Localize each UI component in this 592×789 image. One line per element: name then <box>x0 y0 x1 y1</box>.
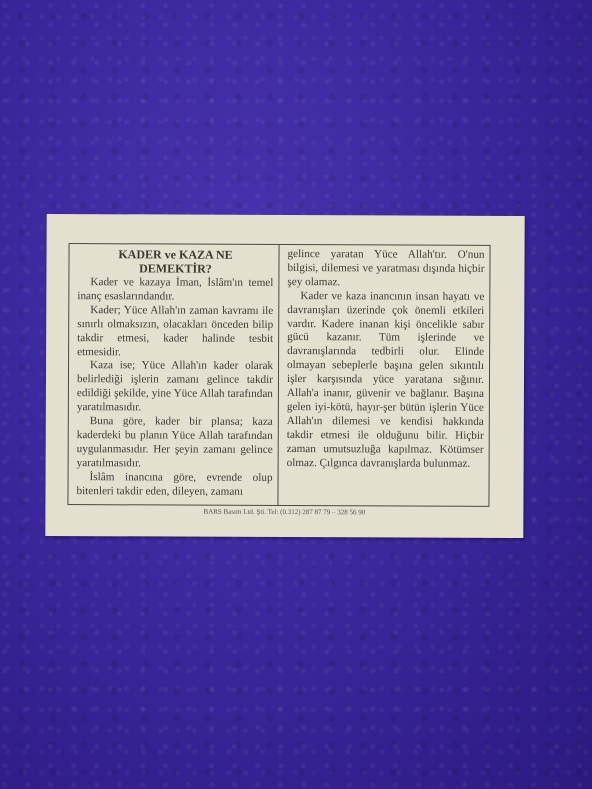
title-line-2: DEMEKTİR? <box>77 261 273 276</box>
paragraph: Kaza ise; Yüce Allah'ın kader olarak bel… <box>77 360 273 416</box>
article-title: KADER ve KAZA NE DEMEKTİR? <box>77 247 273 276</box>
paragraph: Kader ve kazaya İman, İslâm'ın temel ina… <box>77 276 273 305</box>
right-column: gelince yaratan Yüce Allah'tır. O'nun bi… <box>278 245 489 506</box>
printer-footer: BARS Basım Ltd. Şti. Tel: (0.312) 287 87… <box>45 507 523 517</box>
article-frame: KADER ve KAZA NE DEMEKTİR? Kader ve kaza… <box>67 243 490 507</box>
paragraph-continuation: gelince yaratan Yüce Allah'tır. O'nun bi… <box>287 248 484 291</box>
printed-card: KADER ve KAZA NE DEMEKTİR? Kader ve kaza… <box>45 214 524 538</box>
paragraph: Kader ve kaza inancının insan hayatı ve … <box>287 290 485 472</box>
paragraph: İslâm inancına göre, evrende olup bitenl… <box>76 471 272 500</box>
left-column: KADER ve KAZA NE DEMEKTİR? Kader ve kaza… <box>68 244 279 505</box>
paragraph: Kader; Yüce Allah'ın zaman kavramı ile s… <box>77 304 273 360</box>
title-line-1: KADER ve KAZA NE <box>77 247 273 262</box>
paragraph: Buna göre, kader bir plansa; kaza kaderd… <box>77 415 273 471</box>
